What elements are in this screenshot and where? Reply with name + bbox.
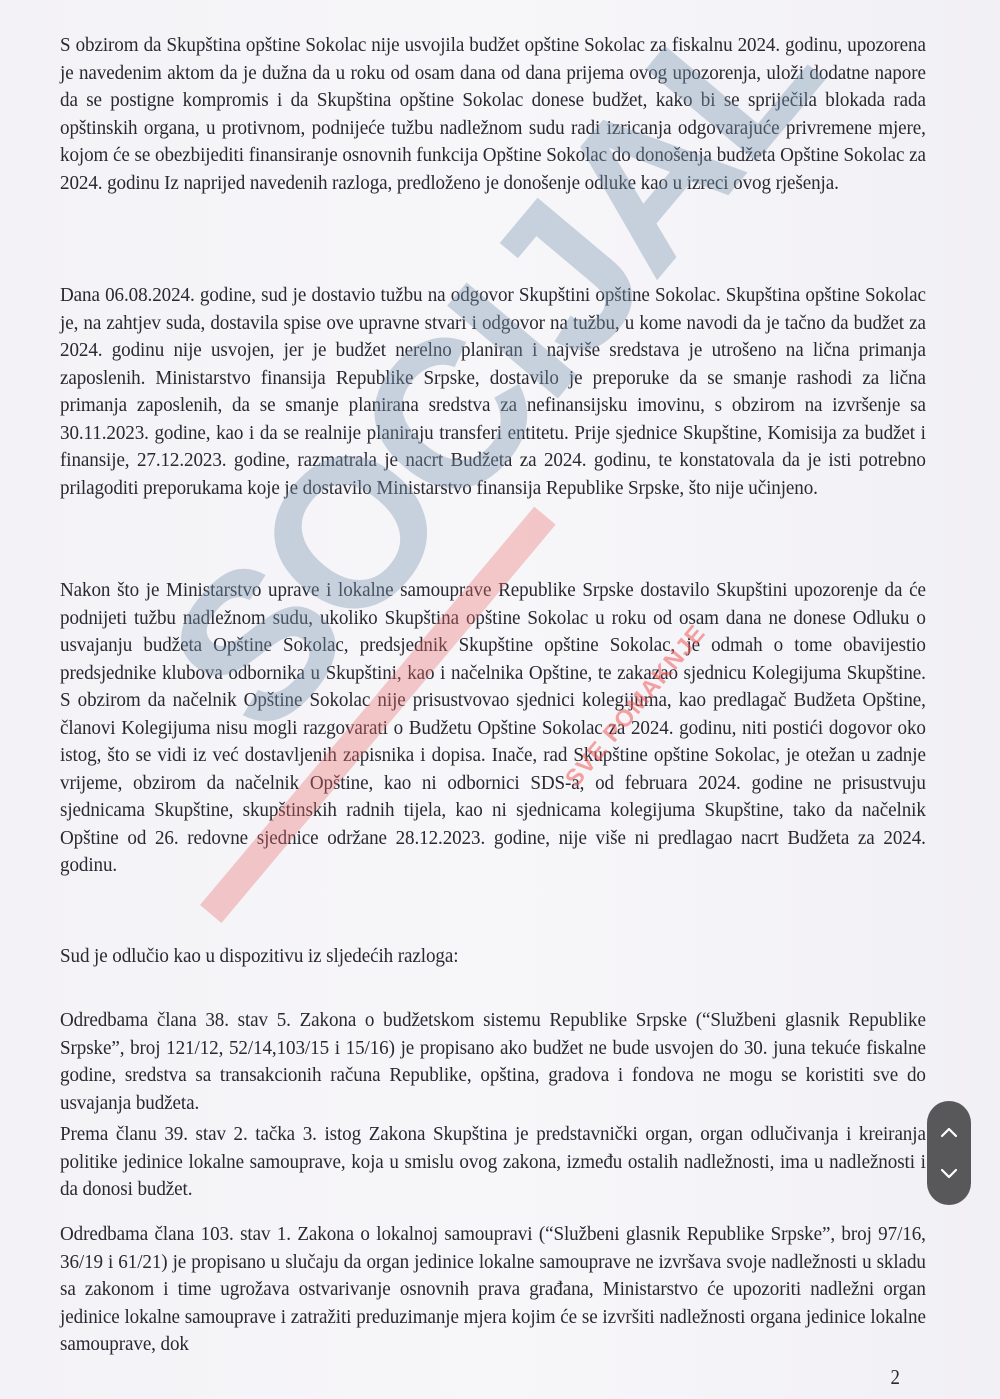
page-scroll-control	[927, 1101, 971, 1205]
chevron-down-icon	[940, 1168, 958, 1180]
paragraph-assembly-actions: Nakon što je Ministarstvo uprave i lokal…	[60, 577, 926, 880]
paragraph-lawsuit-response: Dana 06.08.2024. godine, sud je dostavio…	[60, 282, 926, 502]
scroll-down-button[interactable]	[934, 1159, 964, 1189]
scroll-up-button[interactable]	[934, 1117, 964, 1147]
paragraph-warning-summary: S obzirom da Skupština opštine Sokolac n…	[60, 32, 926, 197]
document-page: S obzirom da Skupština opštine Sokolac n…	[0, 0, 1000, 1399]
paragraph-budget-law-article-38: Odredbama člana 38. stav 5. Zakona o bud…	[60, 1007, 926, 1117]
chevron-up-icon	[940, 1126, 958, 1138]
page-number: 2	[891, 1365, 900, 1390]
paragraph-court-decision-heading: Sud je odlučio kao u dispozitivu iz slje…	[60, 943, 926, 971]
paragraph-local-self-government-article-103: Odredbama člana 103. stav 1. Zakona o lo…	[60, 1221, 926, 1359]
paragraph-article-39: Prema članu 39. stav 2. tačka 3. istog Z…	[60, 1121, 926, 1204]
